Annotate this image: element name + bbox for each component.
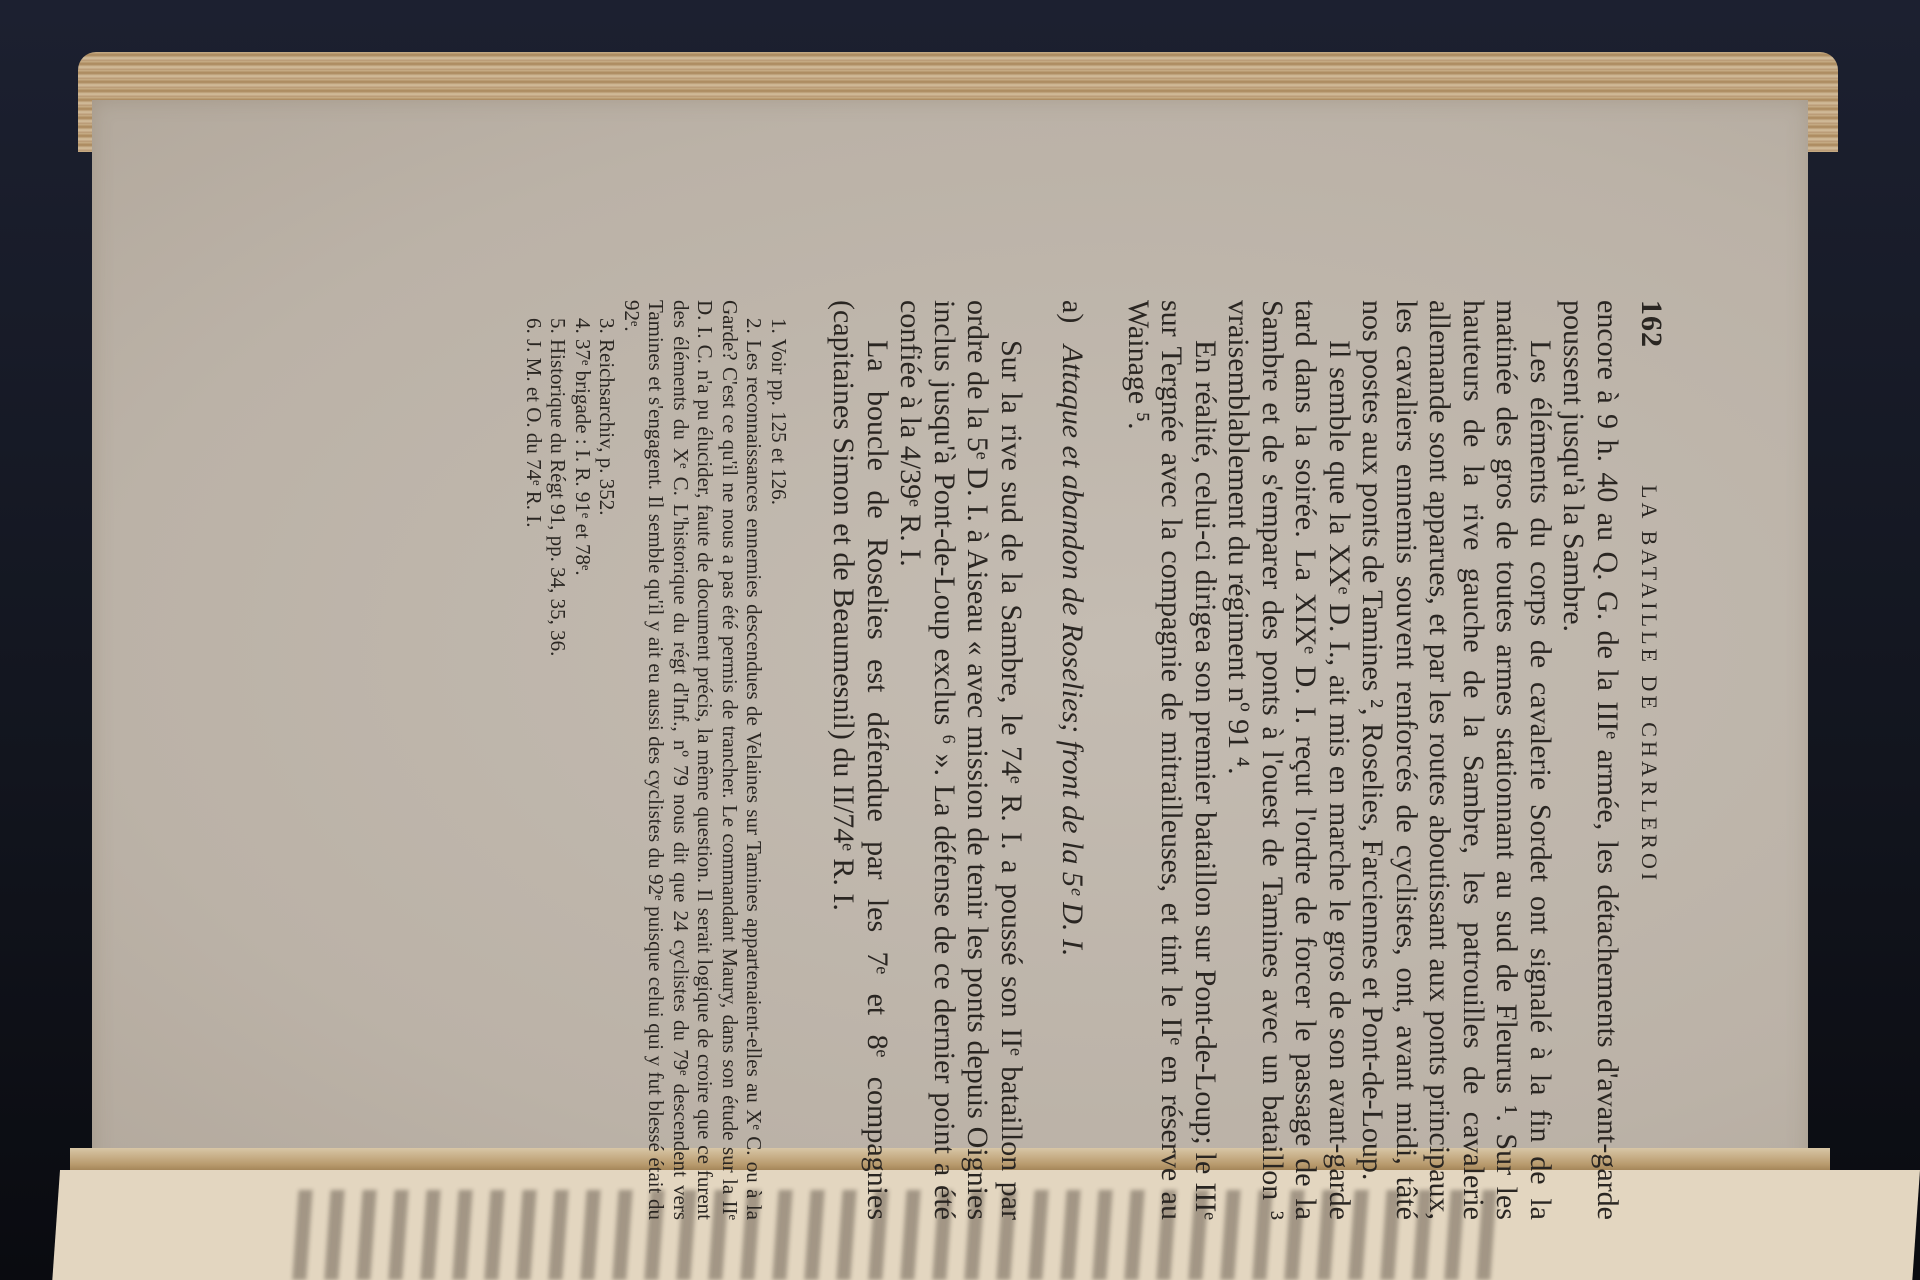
footnote: 5. Historique du Régt 91, pp. 34, 35, 36… <box>546 300 571 1220</box>
paragraph: Il semble que la XXᵉ D. I., ait mis en m… <box>1222 300 1356 1220</box>
running-title: LA BATAILLE DE CHARLEROI <box>1636 485 1662 884</box>
footnote: 3. Reichsarchiv, p. 352. <box>595 300 620 1220</box>
running-head: 162 LA BATAILLE DE CHARLEROI <box>1624 300 1668 1220</box>
body-text: encore à 9 h. 40 au Q. G. de la IIIᵉ arm… <box>827 300 1624 1220</box>
section-label: a) <box>1057 300 1090 323</box>
footnote: 6. J. M. et O. du 74ᵉ R. I. <box>522 300 547 1220</box>
paragraph: La boucle de Roselies est défendue par l… <box>827 300 894 1220</box>
footnote: 4. 37ᵉ brigade : I. R. 91ᵉ et 78ᵉ. <box>571 300 596 1220</box>
page-text-rotated: 162 LA BATAILLE DE CHARLEROI encore à 9 … <box>308 300 1668 1220</box>
page-number: 162 <box>1634 300 1668 348</box>
paragraph: encore à 9 h. 40 au Q. G. de la IIIᵉ arm… <box>1557 300 1624 1220</box>
section-title: Attaque et abandon de Roselies; front de… <box>1057 345 1090 957</box>
footnote: 2. Les reconnaissances ennemies descendu… <box>620 300 767 1220</box>
paragraph: Sur la rive sud de la Sambre, le 74ᵉ R. … <box>894 300 1028 1220</box>
paragraph: En réalité, celui-ci dirigea son premier… <box>1122 300 1223 1220</box>
section-heading: a) Attaque et abandon de Roselies; front… <box>1056 300 1090 1220</box>
paragraph: Les éléments du corps de cavalerie Sorde… <box>1356 300 1557 1220</box>
footnotes: 1. Voir pp. 125 et 126. 2. Les reconnais… <box>522 300 792 1220</box>
footnote: 1. Voir pp. 125 et 126. <box>767 300 792 1220</box>
